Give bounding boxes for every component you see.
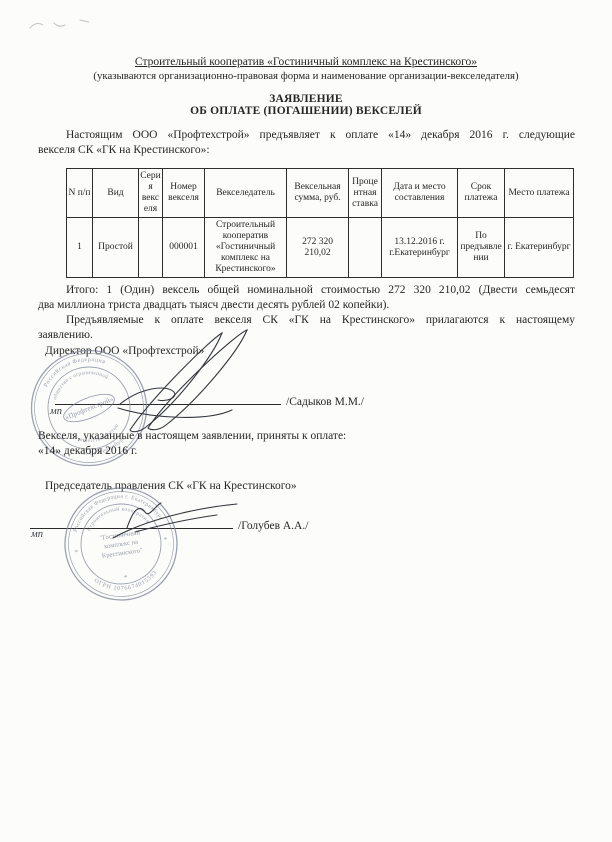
column-header: Дата и место составления: [382, 169, 458, 218]
totals-line: Итого: 1 (Один) вексель общей номинально…: [38, 283, 575, 298]
bills-table: N п/п Вид Серия векселя Номер векселя Ве…: [66, 168, 574, 278]
intro-line: Настоящим ООО «Профтехстрой» предъявляет…: [38, 128, 575, 143]
seal1-center-text: «Профтехстрой»: [64, 395, 115, 422]
column-header: N п/п: [67, 169, 93, 218]
table-cell: По предъявлении: [458, 218, 505, 278]
table-cell: 13.12.2016 г. г.Екатеринбург: [382, 218, 458, 278]
table-cell: 272 320 210,02: [287, 218, 349, 278]
table-cell: Простой: [93, 218, 139, 278]
seal2-star-left: *: [74, 548, 79, 556]
chairman-handwritten-signature-icon: [95, 488, 250, 548]
table-cell: [349, 218, 382, 278]
seal2-star-bottom: *: [123, 573, 128, 581]
table-cell: г. Екатеринбург: [505, 218, 574, 278]
column-header: Место платежа: [505, 169, 574, 218]
column-header: Вексельная сумма, руб.: [287, 169, 349, 218]
org-hint: (указываются организационно-правовая фор…: [0, 70, 612, 82]
chairman-mp-label: мп: [31, 529, 43, 540]
table-cell: [139, 218, 163, 278]
doc-subtitle: ОБ ОПЛАТЕ (ПОГАШЕНИИ) ВЕКСЕЛЕЙ: [0, 105, 612, 117]
acceptance-statement: Векселя, указанные в настоящем заявлении…: [38, 430, 346, 442]
totals-line: два миллиона триста двадцать тыясч двест…: [38, 298, 575, 313]
table-cell: 000001: [163, 218, 205, 278]
column-header: Серия векселя: [139, 169, 163, 218]
totals-paragraph: Итого: 1 (Один) вексель общей номинально…: [38, 283, 575, 313]
column-header: Вид: [93, 169, 139, 218]
table-header-row: N п/п Вид Серия векселя Номер векселя Ве…: [67, 169, 574, 218]
column-header: Процентная ставка: [349, 169, 382, 218]
column-header: Номер векселя: [163, 169, 205, 218]
intro-paragraph: Настоящим ООО «Профтехстрой» предъявляет…: [38, 128, 575, 158]
doc-title: ЗАЯВЛЕНИЕ: [0, 93, 612, 105]
seal1-ring-inner-top: общество с ограниченной: [46, 361, 111, 402]
scanned-document-page: Строительный кооператив «Гостиничный ком…: [0, 0, 612, 842]
table-cell: 1: [67, 218, 93, 278]
acceptance-date: «14» декабря 2016 г.: [38, 445, 137, 457]
director-handwritten-signature-icon: [110, 322, 270, 440]
org-name: Строительный кооператив «Гостиничный ком…: [0, 56, 612, 68]
column-header: Срок платежа: [458, 169, 505, 218]
pencil-marks: [22, 12, 132, 38]
column-header: Векселедатель: [205, 169, 287, 218]
table-row: 1 Простой 000001 Строительный кооператив…: [67, 218, 574, 278]
table-cell: Строительный кооператив «Гостиничный ком…: [205, 218, 287, 278]
director-name: /Садыков М.М./: [286, 396, 364, 408]
intro-line: векселя СК «ГК на Крестинского»:: [38, 143, 575, 158]
svg-text:общество с ограниченной: общество с ограниченной: [46, 361, 111, 402]
